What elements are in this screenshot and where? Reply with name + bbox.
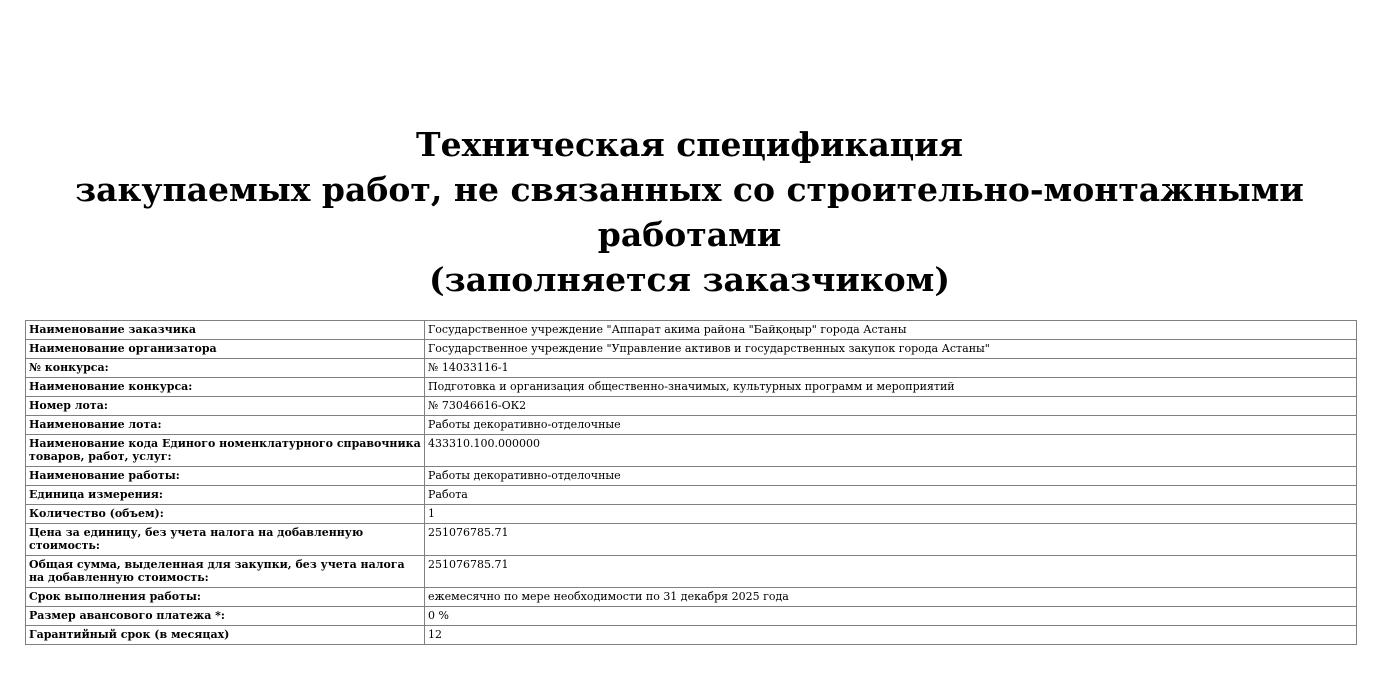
row-value: 1 <box>425 505 1357 524</box>
table-row: Наименование организатора Государственно… <box>26 340 1357 359</box>
row-value: № 14033116-1 <box>425 359 1357 378</box>
title-line-3: (заполняется заказчиком) <box>0 257 1379 302</box>
row-value: 433310.100.000000 <box>425 435 1357 467</box>
row-value: Работа <box>425 486 1357 505</box>
row-value: 251076785.71 <box>425 524 1357 556</box>
table-row: Наименование лота: Работы декоративно-от… <box>26 416 1357 435</box>
table-row: № конкурса: № 14033116-1 <box>26 359 1357 378</box>
row-label: Срок выполнения работы: <box>26 588 425 607</box>
table-row: Номер лота: № 73046616-ОК2 <box>26 397 1357 416</box>
table-row: Размер авансового платежа *: 0 % <box>26 607 1357 626</box>
row-value: Подготовка и организация общественно-зна… <box>425 378 1357 397</box>
row-value: 12 <box>425 626 1357 645</box>
row-label: Наименование работы: <box>26 467 425 486</box>
row-value: 0 % <box>425 607 1357 626</box>
row-label: Цена за единицу, без учета налога на доб… <box>26 524 425 556</box>
row-value: Работы декоративно-отделочные <box>425 416 1357 435</box>
row-label: № конкурса: <box>26 359 425 378</box>
table-row: Срок выполнения работы: ежемесячно по ме… <box>26 588 1357 607</box>
table-row: Гарантийный срок (в месяцах) 12 <box>26 626 1357 645</box>
table-row: Наименование кода Единого номенклатурног… <box>26 435 1357 467</box>
specification-table: Наименование заказчика Государственное у… <box>25 320 1357 645</box>
table-row: Наименование конкурса: Подготовка и орга… <box>26 378 1357 397</box>
table-row: Цена за единицу, без учета налога на доб… <box>26 524 1357 556</box>
row-label: Размер авансового платежа *: <box>26 607 425 626</box>
row-label: Общая сумма, выделенная для закупки, без… <box>26 556 425 588</box>
table-row: Единица измерения: Работа <box>26 486 1357 505</box>
row-label: Наименование кода Единого номенклатурног… <box>26 435 425 467</box>
row-label: Единица измерения: <box>26 486 425 505</box>
row-label: Наименование лота: <box>26 416 425 435</box>
row-value: Работы декоративно-отделочные <box>425 467 1357 486</box>
row-value: Государственное учреждение "Аппарат аким… <box>425 321 1357 340</box>
row-value: Государственное учреждение "Управление а… <box>425 340 1357 359</box>
row-label: Наименование конкурса: <box>26 378 425 397</box>
row-label: Наименование заказчика <box>26 321 425 340</box>
row-label: Наименование организатора <box>26 340 425 359</box>
row-value: 251076785.71 <box>425 556 1357 588</box>
row-label: Количество (объем): <box>26 505 425 524</box>
row-label: Гарантийный срок (в месяцах) <box>26 626 425 645</box>
table-row: Наименование работы: Работы декоративно-… <box>26 467 1357 486</box>
title-line-2: закупаемых работ, не связанных со строит… <box>0 167 1379 257</box>
table-row: Общая сумма, выделенная для закупки, без… <box>26 556 1357 588</box>
title-line-1: Техническая спецификация <box>0 122 1379 167</box>
document-title: Техническая спецификация закупаемых рабо… <box>0 122 1379 302</box>
table-row: Количество (объем): 1 <box>26 505 1357 524</box>
row-value: № 73046616-ОК2 <box>425 397 1357 416</box>
table-row: Наименование заказчика Государственное у… <box>26 321 1357 340</box>
row-value: ежемесячно по мере необходимости по 31 д… <box>425 588 1357 607</box>
row-label: Номер лота: <box>26 397 425 416</box>
